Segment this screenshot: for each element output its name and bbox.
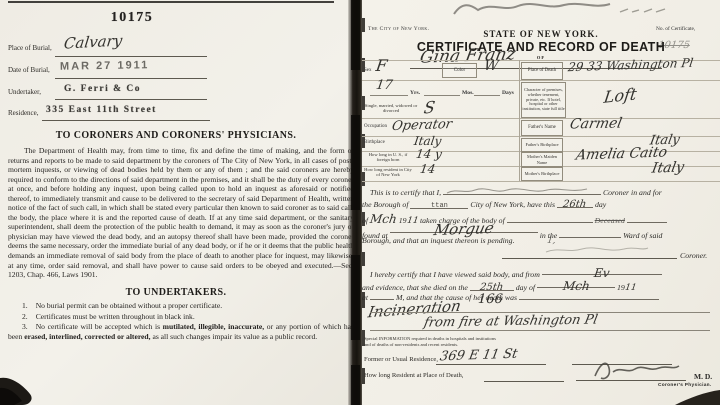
birthplace-value: Italy [413,134,442,148]
coroner-label: Coroner. [680,251,707,260]
coroners-section-text: The Department of Health may, from time … [8,146,352,280]
faint-coroner-signature-scrawl [542,244,652,256]
coroners-section-heading: TO CORONERS AND CORONERS' PHYSICIANS. [0,130,352,141]
date-of-burial-label: Date of Burial, [8,66,50,74]
ruled-line [370,330,710,331]
special-info-line1: Special INFORMATION required in deaths i… [364,336,554,341]
undertakers-item-3: 3.No certificate will be accepted which … [8,322,352,341]
sex-value: F [375,56,389,75]
binding-mark [362,252,365,266]
certify-text: I hereby certify that I have viewed said… [370,270,540,279]
us-how-long-label: How long in U. S., if foreign born [364,152,412,163]
scan-corner-blob [0,360,60,405]
mothers-birthplace-value: Italy [651,159,686,176]
grid-rule [362,80,720,81]
nyc-how-long-label: How long resident in City of New York [364,167,412,178]
residence-label: Residence, [8,109,39,117]
item-number: 1. [8,301,36,310]
marital-label: Single, married, widowed or divorced [364,103,418,114]
borough-value: ttan [431,202,448,210]
us-how-long-value: 14 y [415,147,443,161]
signature-line [576,380,686,381]
place-of-death-label: Place of Death [528,68,556,73]
date-of-burial-stamp: MAR 27 1911 [60,59,149,73]
mothers-birthplace-label: Mother's Birthplace [525,171,560,176]
fathers-name-label: Father's Name [528,125,556,130]
gutter-shadow [351,0,360,70]
color-label-box: Color [442,63,477,78]
mothers-maiden-name-label: Mother's Maiden Name [522,154,562,165]
premises-value: Loft [603,84,638,107]
field-underline [55,99,207,100]
days-label: Days [502,90,514,96]
field-underline [55,78,207,79]
item-number: 3. [22,322,36,331]
undertakers-item-1: 1.No burial permit can be obtained witho… [8,301,352,311]
age-line [424,95,460,96]
scan-corner-shadow [657,386,720,405]
place-of-death-label-box: Place of Death [521,62,563,80]
day-taken-charge-value: 26th [563,199,588,210]
color-value: W [483,58,500,74]
undertaker-label: Undertaker, [8,88,41,96]
cause-note-value: from fire at Washington Pl [423,312,599,330]
former-residence-value: 369 E 11 St [439,347,519,365]
field-underline [55,56,207,57]
fathers-name-label-box: Father's Name [521,120,563,136]
gutter-shadow [351,255,360,340]
fathers-name-value: Carmel [568,116,623,133]
certify2-line1: I hereby certify that I have viewed said… [370,266,662,279]
certify-text: the Borough of [362,200,409,209]
item-text: No burial permit can be obtained without… [36,301,222,310]
cutoff-handwriting-scrawl [452,0,682,20]
special-info-line2: and of deaths of non-residents and recen… [364,342,554,347]
occupation-value: Operator [391,117,454,134]
birthplace-label: Birthplace [364,140,385,145]
certify-text: Coroner in and for [603,188,662,197]
undertakers-section-heading: TO UNDERTAKERS. [0,287,352,298]
certify1-line5: Borough, and that an inquest thereon is … [362,236,555,246]
certify-text: at [362,293,368,302]
fathers-birthplace-label: Father's Birthplace [525,142,558,147]
mos-label: Mos. [462,90,474,96]
item-text: as all such changes impair its value as … [151,332,318,341]
premises-label: Character of premises, whether tenement,… [522,88,565,113]
howlong-resident-label: How long Resident at Place of Death, [364,372,463,379]
color-label: Color [454,68,465,73]
illegible-coroner-name-scrawl [443,186,593,196]
md-label: M. D. [694,372,712,381]
residence-value: 335 East 11th Street [46,105,157,115]
state-line: STATE OF NEW YORK. [362,29,720,39]
age-line [370,95,408,96]
physician-signature-scrawl [587,356,682,382]
certify-text: day [595,200,606,209]
certify-text: Ward of said [623,231,662,240]
item-text: No certificate will be accepted which is [36,322,163,331]
field-underline [484,381,564,382]
coroner-signature-line [502,258,677,259]
nyc-how-long-value: 14 [419,162,436,176]
certify-text: City of New York, have this [470,200,555,209]
age-value: 17 [375,78,394,93]
undertakers-item-2: 2.Certificates must be written throughou… [8,312,352,322]
gutter-shadow [351,115,360,210]
item-text-bold: erased, interlined, corrected or altered… [24,332,150,341]
item-text: Certificates must be written throughout … [36,312,195,321]
right-page: The City of New York. No. of Certificate… [362,0,720,405]
premises-label-box: Character of premises, whether tenement,… [521,82,566,118]
undertaker-value: G. Ferri & Co [64,84,141,94]
case-number-value: 166 [477,292,503,307]
place-of-burial-value: Calvary [63,31,123,52]
grid-column-divider [519,60,520,181]
place-of-burial-label: Place of Burial, [8,44,52,52]
death-certificate-scan: 10175 Place of Burial, Calvary Date of B… [0,0,720,405]
scan-edge-line [8,1,334,3]
certify-text: Borough, and that an inquest thereon is … [362,236,515,245]
certify-text: This is to certify that I, [370,188,441,197]
certify1-line1: This is to certify that I, Coroner in an… [370,186,662,197]
mothers-maiden-name-label-box: Mother's Maiden Name [521,152,563,167]
item-text-bold: mutilated, illegible, inaccurate, [163,322,265,331]
occupation-label: Occupation [364,124,387,129]
field-underline [436,364,546,365]
age-line [474,95,500,96]
yrs-label: Yrs. [410,90,420,96]
place-of-death-value: 29 33 Washington Pl [567,56,694,74]
field-underline [42,120,210,121]
sex-label: Sex [364,68,372,73]
mothers-birthplace-label-box: Mother's Birthplace [521,167,563,181]
burial-record-number: 10175 [92,10,172,26]
marital-value: S [423,97,437,118]
fathers-birthplace-label-box: Father's Birthplace [521,138,563,152]
coroner-name-blank [443,186,601,195]
former-residence-label: Former or Usual Residence, [364,356,438,363]
grid-rule [362,181,720,182]
from-evidence-value: Ev [593,266,611,280]
item-number: 2. [8,312,36,321]
certify1-line2: the Borough of ttan City of New York, ha… [362,199,606,209]
gutter-shadow [351,365,360,405]
left-page: 10175 Place of Burial, Calvary Date of B… [0,0,352,405]
certificate-title: CERTIFICATE AND RECORD OF DEATH [362,40,720,54]
